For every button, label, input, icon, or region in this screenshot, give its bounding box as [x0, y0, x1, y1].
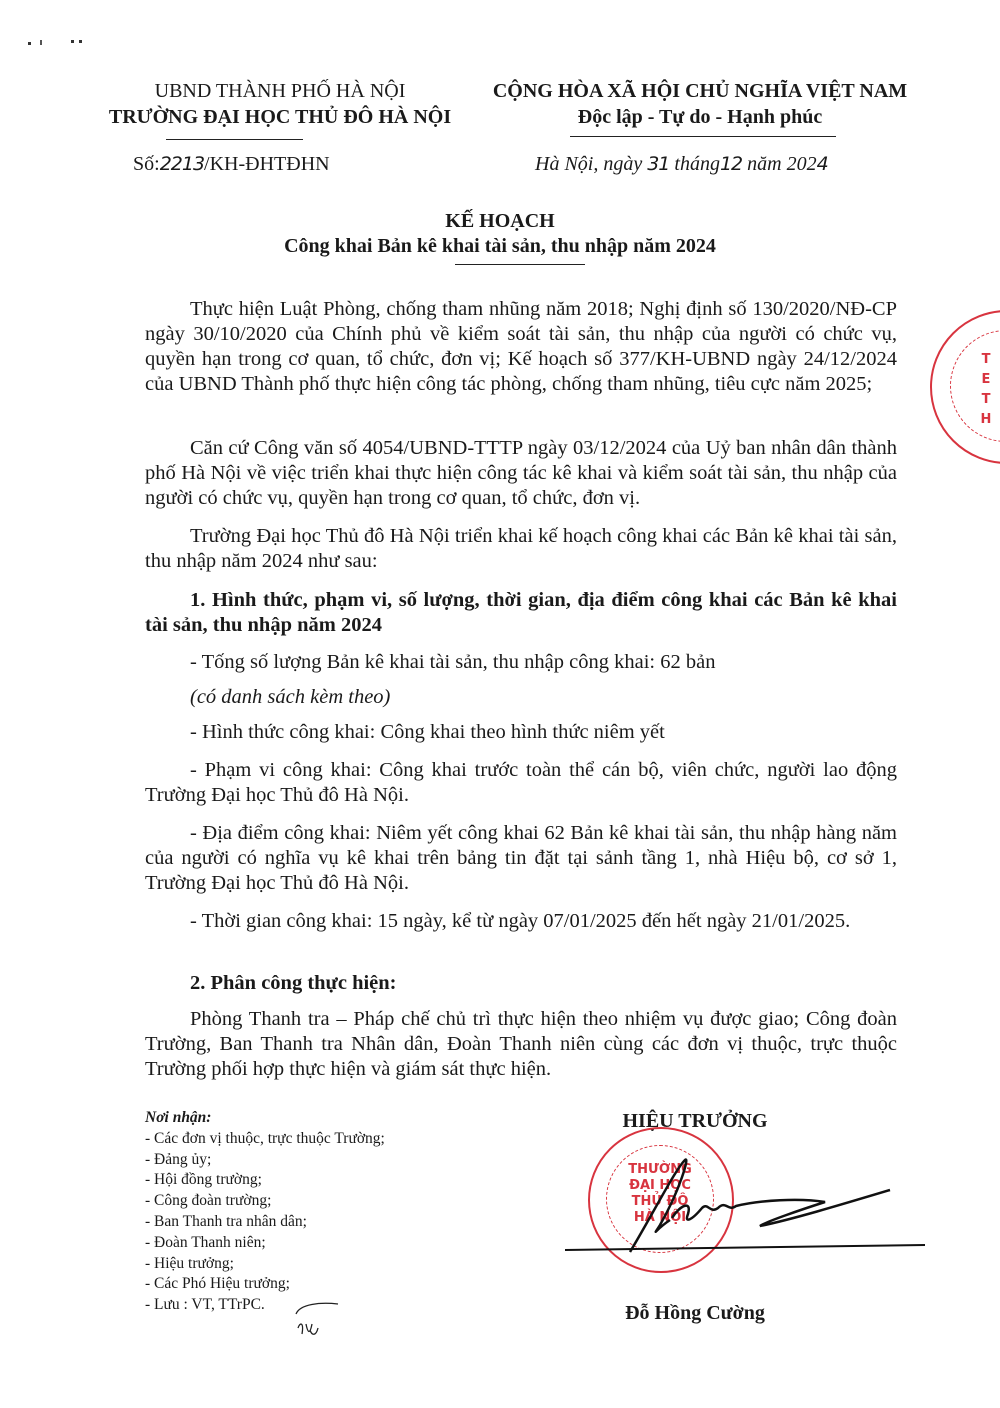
document-number: Số:2213/KH-ĐHTĐHN: [133, 153, 330, 176]
recipient-item: - Các đơn vị thuộc, trực thuộc Trường;: [145, 1129, 385, 1150]
section-1-item-location: - Địa điểm công khai: Niêm yết công khai…: [145, 821, 897, 896]
recipient-item: - Công đoàn trường;: [145, 1191, 385, 1212]
authority-name: TRƯỜNG ĐẠI HỌC THỦ ĐÔ HÀ NỘI: [60, 104, 500, 130]
recipient-item: - Đảng ủy;: [145, 1150, 385, 1171]
recipient-item: - Ban Thanh tra nhân dân;: [145, 1212, 385, 1233]
section-1-item-total: - Tống số lượng Bản kê khai tài sản, thu…: [145, 650, 897, 675]
section-1-item-form: - Hình thức công khai: Công khai theo hì…: [145, 720, 897, 745]
item-scope: - Phạm vi công khai: Công khai trước toà…: [145, 758, 897, 808]
item-location: - Địa điểm công khai: Niêm yết công khai…: [145, 821, 897, 896]
paragraph-intro: Trường Đại học Thủ đô Hà Nội triển khai …: [145, 524, 897, 574]
signer-name: Đỗ Hồng Cường: [590, 1302, 800, 1325]
document-title: KẾ HOẠCH: [0, 208, 1000, 234]
recipient-item: - Đoàn Thanh niên;: [145, 1233, 385, 1254]
scan-speck: [79, 40, 82, 43]
handwritten-signature: [560, 1150, 940, 1260]
margin-stamp-glyphs: TETH: [976, 350, 996, 430]
signer-title: HIỆU TRƯỞNG: [590, 1110, 800, 1133]
date-prefix: Hà Nội, ngày: [535, 153, 647, 175]
section-1-item-scope: - Phạm vi công khai: Công khai trước toà…: [145, 758, 897, 808]
date-day: 31: [647, 153, 669, 175]
section-2-text: Phòng Thanh tra – Pháp chế chủ trì thực …: [145, 1007, 897, 1082]
section-1-heading: 1. Hình thức, phạm vi, số lượng, thời gi…: [145, 588, 897, 638]
recipient-item: - Các Phó Hiệu trưởng;: [145, 1274, 385, 1295]
section-1-item-attached: (có danh sách kèm theo): [145, 685, 897, 710]
initials-mark: [290, 1300, 350, 1345]
doc-number-suffix: /KH-ĐHTĐHN: [204, 153, 330, 175]
country-name: CỘNG HÒA XÃ HỘI CHỦ NGHĨA VIỆT NAM: [470, 78, 930, 104]
scan-speck: [71, 40, 74, 43]
item-time: - Thời gian công khai: 15 ngày, kể từ ng…: [145, 909, 897, 934]
motto: Độc lập - Tự do - Hạnh phúc: [470, 104, 930, 130]
title-underline: [455, 264, 585, 265]
recipients-heading: Nơi nhận:: [145, 1108, 385, 1129]
motto-underline: [570, 136, 836, 137]
item-form: - Hình thức công khai: Công khai theo hì…: [145, 720, 897, 745]
section-2-heading: 2. Phân công thực hiện:: [145, 971, 897, 996]
para-1: Thực hiện Luật Phòng, chống tham nhũng n…: [145, 297, 897, 397]
scan-speck: [28, 42, 31, 45]
date-month-label: tháng: [669, 153, 720, 175]
date-year-label: năm 202: [742, 153, 816, 175]
section-2-title: 2. Phân công thực hiện:: [145, 971, 897, 996]
item-attached-list: (có danh sách kèm theo): [145, 685, 897, 710]
recipient-item: - Hội đồng trường;: [145, 1170, 385, 1191]
para-2: Căn cứ Công văn số 4054/UBND-TTTP ngày 0…: [145, 436, 897, 511]
date-year-digit: 4: [817, 153, 828, 175]
paragraph-reference: Căn cứ Công văn số 4054/UBND-TTTP ngày 0…: [145, 436, 897, 511]
scan-speck: [40, 40, 42, 45]
document-date: Hà Nội, ngày 31 tháng12 năm 2024: [535, 153, 828, 176]
issuing-authority: UBND THÀNH PHỐ HÀ NỘI TRƯỜNG ĐẠI HỌC THỦ…: [60, 78, 500, 130]
section-1-title: 1. Hình thức, phạm vi, số lượng, thời gi…: [145, 588, 897, 638]
doc-number-handwritten: 2213: [160, 153, 204, 175]
paragraph-legal-basis: Thực hiện Luật Phòng, chống tham nhũng n…: [145, 297, 897, 397]
authority-parent: UBND THÀNH PHỐ HÀ NỘI: [60, 78, 500, 104]
authority-underline: [166, 139, 303, 140]
recipients-list: Nơi nhận: - Các đơn vị thuộc, trực thuộc…: [145, 1108, 385, 1316]
document-subtitle: Công khai Bản kê khai tài sản, thu nhập …: [0, 233, 1000, 259]
date-month: 12: [720, 153, 742, 175]
para-3: Trường Đại học Thủ đô Hà Nội triển khai …: [145, 524, 897, 574]
doc-number-prefix: Số:: [133, 153, 160, 175]
section-1-item-time: - Thời gian công khai: 15 ngày, kể từ ng…: [145, 909, 897, 934]
national-motto: CỘNG HÒA XÃ HỘI CHỦ NGHĨA VIỆT NAM Độc l…: [470, 78, 930, 130]
item-total: - Tống số lượng Bản kê khai tài sản, thu…: [145, 650, 897, 675]
section-2-body: Phòng Thanh tra – Pháp chế chủ trì thực …: [145, 1007, 897, 1082]
recipient-item: - Hiệu trưởng;: [145, 1254, 385, 1275]
